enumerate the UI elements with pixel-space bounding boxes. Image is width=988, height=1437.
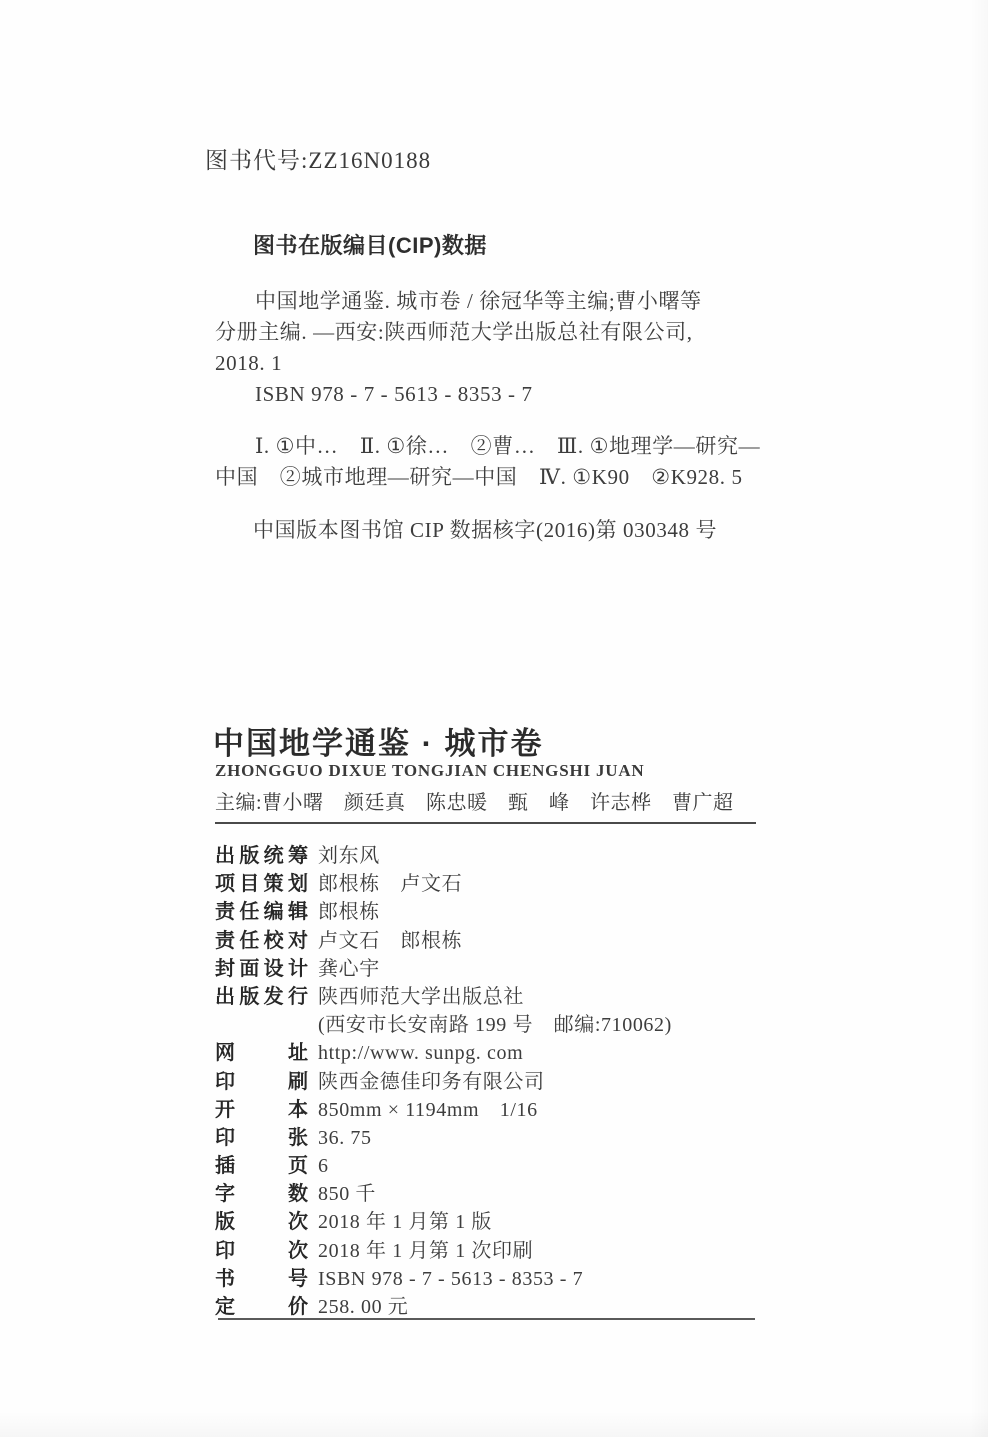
colophon-label: 项目策划 <box>215 867 308 896</box>
classification-line: 中国 ②城市地理—研究—中国 Ⅳ. ①K90 ②K928. 5 <box>215 462 775 493</box>
colophon-label: 字数 <box>215 1177 308 1206</box>
colophon-list: 出版统筹 刘东风 项目策划 郎根栋 卢文石 责任编辑 郎根栋 责任校对 卢文石 … <box>215 839 835 1318</box>
cip-classification: Ⅰ. ①中… Ⅱ. ①徐… ②曹… Ⅲ. ①地理学—研究— 中国 ②城市地理—研… <box>215 431 775 493</box>
colophon-row: 项目策划 郎根栋 卢文石 <box>215 867 835 895</box>
colophon-value: 龚心宇 <box>318 952 380 981</box>
classification-line: Ⅰ. ①中… Ⅱ. ①徐… ②曹… Ⅲ. ①地理学—研究— <box>215 431 775 462</box>
colophon-value: 2018 年 1 月第 1 次印刷 <box>318 1234 533 1263</box>
colophon-value: 850 千 <box>318 1177 376 1206</box>
colophon-row: 出版发行 陕西师范大学出版总社 <box>215 980 835 1008</box>
cip-paragraph-line: 2018. 1 <box>215 348 775 379</box>
book-title: 中国地学通鉴 · 城市卷 <box>213 718 544 763</box>
colophon-value: 36. 75 <box>318 1127 372 1150</box>
colophon-row: 版次 2018 年 1 月第 1 版 <box>215 1205 835 1233</box>
publisher-address: (西安市长安南路 199 号 邮编:710062) <box>318 1008 672 1037</box>
colophon-label: 印次 <box>215 1234 308 1263</box>
colophon-row: 书号 ISBN 978 - 7 - 5613 - 8353 - 7 <box>215 1262 835 1290</box>
colophon-row: 印刷 陕西金德佳印务有限公司 <box>215 1065 835 1093</box>
cip-record-number: 中国版本图书馆 CIP 数据核字(2016)第 030348 号 <box>253 514 717 544</box>
colophon-value: 850mm × 1194mm 1/16 <box>318 1093 538 1122</box>
colophon-row: 字数 850 千 <box>215 1177 835 1205</box>
colophon-label: 出版统筹 <box>215 839 308 868</box>
editors-line: 主编:曹小曙 颜廷真 陈忠暖 甄 峰 许志桦 曹广超 <box>215 786 734 815</box>
colophon-row: 印张 36. 75 <box>215 1121 835 1149</box>
cip-isbn-line: ISBN 978 - 7 - 5613 - 8353 - 7 <box>215 379 775 410</box>
colophon-row-address: (西安市长安南路 199 号 邮编:710062) <box>215 1008 835 1036</box>
divider-top <box>215 822 756 824</box>
colophon-value: 6 <box>318 1155 329 1178</box>
colophon-label: 开本 <box>215 1093 308 1122</box>
book-title-pinyin: ZHONGGUO DIXUE TONGJIAN CHENGSHI JUAN <box>215 761 644 781</box>
colophon-row: 插页 6 <box>215 1149 835 1177</box>
colophon-row: 印次 2018 年 1 月第 1 次印刷 <box>215 1234 835 1262</box>
colophon-row: 定价 258. 00 元 <box>215 1290 835 1318</box>
colophon-value: 刘东风 <box>318 839 380 868</box>
price-value: 258. 00 元 <box>318 1290 408 1319</box>
divider-bottom <box>218 1318 755 1320</box>
colophon-row: 网址 http://www. sunpg. com <box>215 1036 835 1064</box>
colophon-value: 陕西师范大学出版总社 <box>318 980 524 1009</box>
website-url: http://www. sunpg. com <box>318 1042 523 1065</box>
colophon-label: 定价 <box>215 1290 308 1319</box>
colophon-row: 开本 850mm × 1194mm 1/16 <box>215 1093 835 1121</box>
colophon-value: 卢文石 郎根栋 <box>318 924 462 953</box>
colophon-label: 书号 <box>215 1262 308 1291</box>
colophon-label: 责任校对 <box>215 924 308 953</box>
cip-paragraph-line: 分册主编. —西安:陕西师范大学出版总社有限公司, <box>215 317 775 348</box>
colophon-label: 出版发行 <box>215 980 308 1009</box>
colophon-value: 陕西金德佳印务有限公司 <box>318 1065 545 1094</box>
cip-paragraph: 中国地学通鉴. 城市卷 / 徐冠华等主编;曹小曙等 分册主编. —西安:陕西师范… <box>215 286 775 410</box>
colophon-label: 插页 <box>215 1149 308 1178</box>
colophon-label: 责任编辑 <box>215 895 308 924</box>
cip-section-header: 图书在版编目(CIP)数据 <box>253 229 487 260</box>
cip-paragraph-line: 中国地学通鉴. 城市卷 / 徐冠华等主编;曹小曙等 <box>215 286 775 317</box>
colophon-value: 郎根栋 <box>318 895 380 924</box>
colophon-value: 郎根栋 卢文石 <box>318 867 462 896</box>
copyright-page: 图书代号:ZZ16N0188 图书在版编目(CIP)数据 中国地学通鉴. 城市卷… <box>0 0 988 1437</box>
colophon-label: 印张 <box>215 1121 308 1150</box>
colophon-row: 责任校对 卢文石 郎根栋 <box>215 924 835 952</box>
colophon-label: 封面设计 <box>215 952 308 981</box>
colophon-row: 责任编辑 郎根栋 <box>215 895 835 923</box>
isbn-value: ISBN 978 - 7 - 5613 - 8353 - 7 <box>318 1268 583 1291</box>
colophon-row: 出版统筹 刘东风 <box>215 839 835 867</box>
colophon-row: 封面设计 龚心宇 <box>215 952 835 980</box>
colophon-label: 印刷 <box>215 1065 308 1094</box>
book-code: 图书代号:ZZ16N0188 <box>205 142 431 175</box>
colophon-label: 版次 <box>215 1205 308 1234</box>
colophon-label: 网址 <box>215 1036 308 1065</box>
colophon-value: 2018 年 1 月第 1 版 <box>318 1205 492 1234</box>
